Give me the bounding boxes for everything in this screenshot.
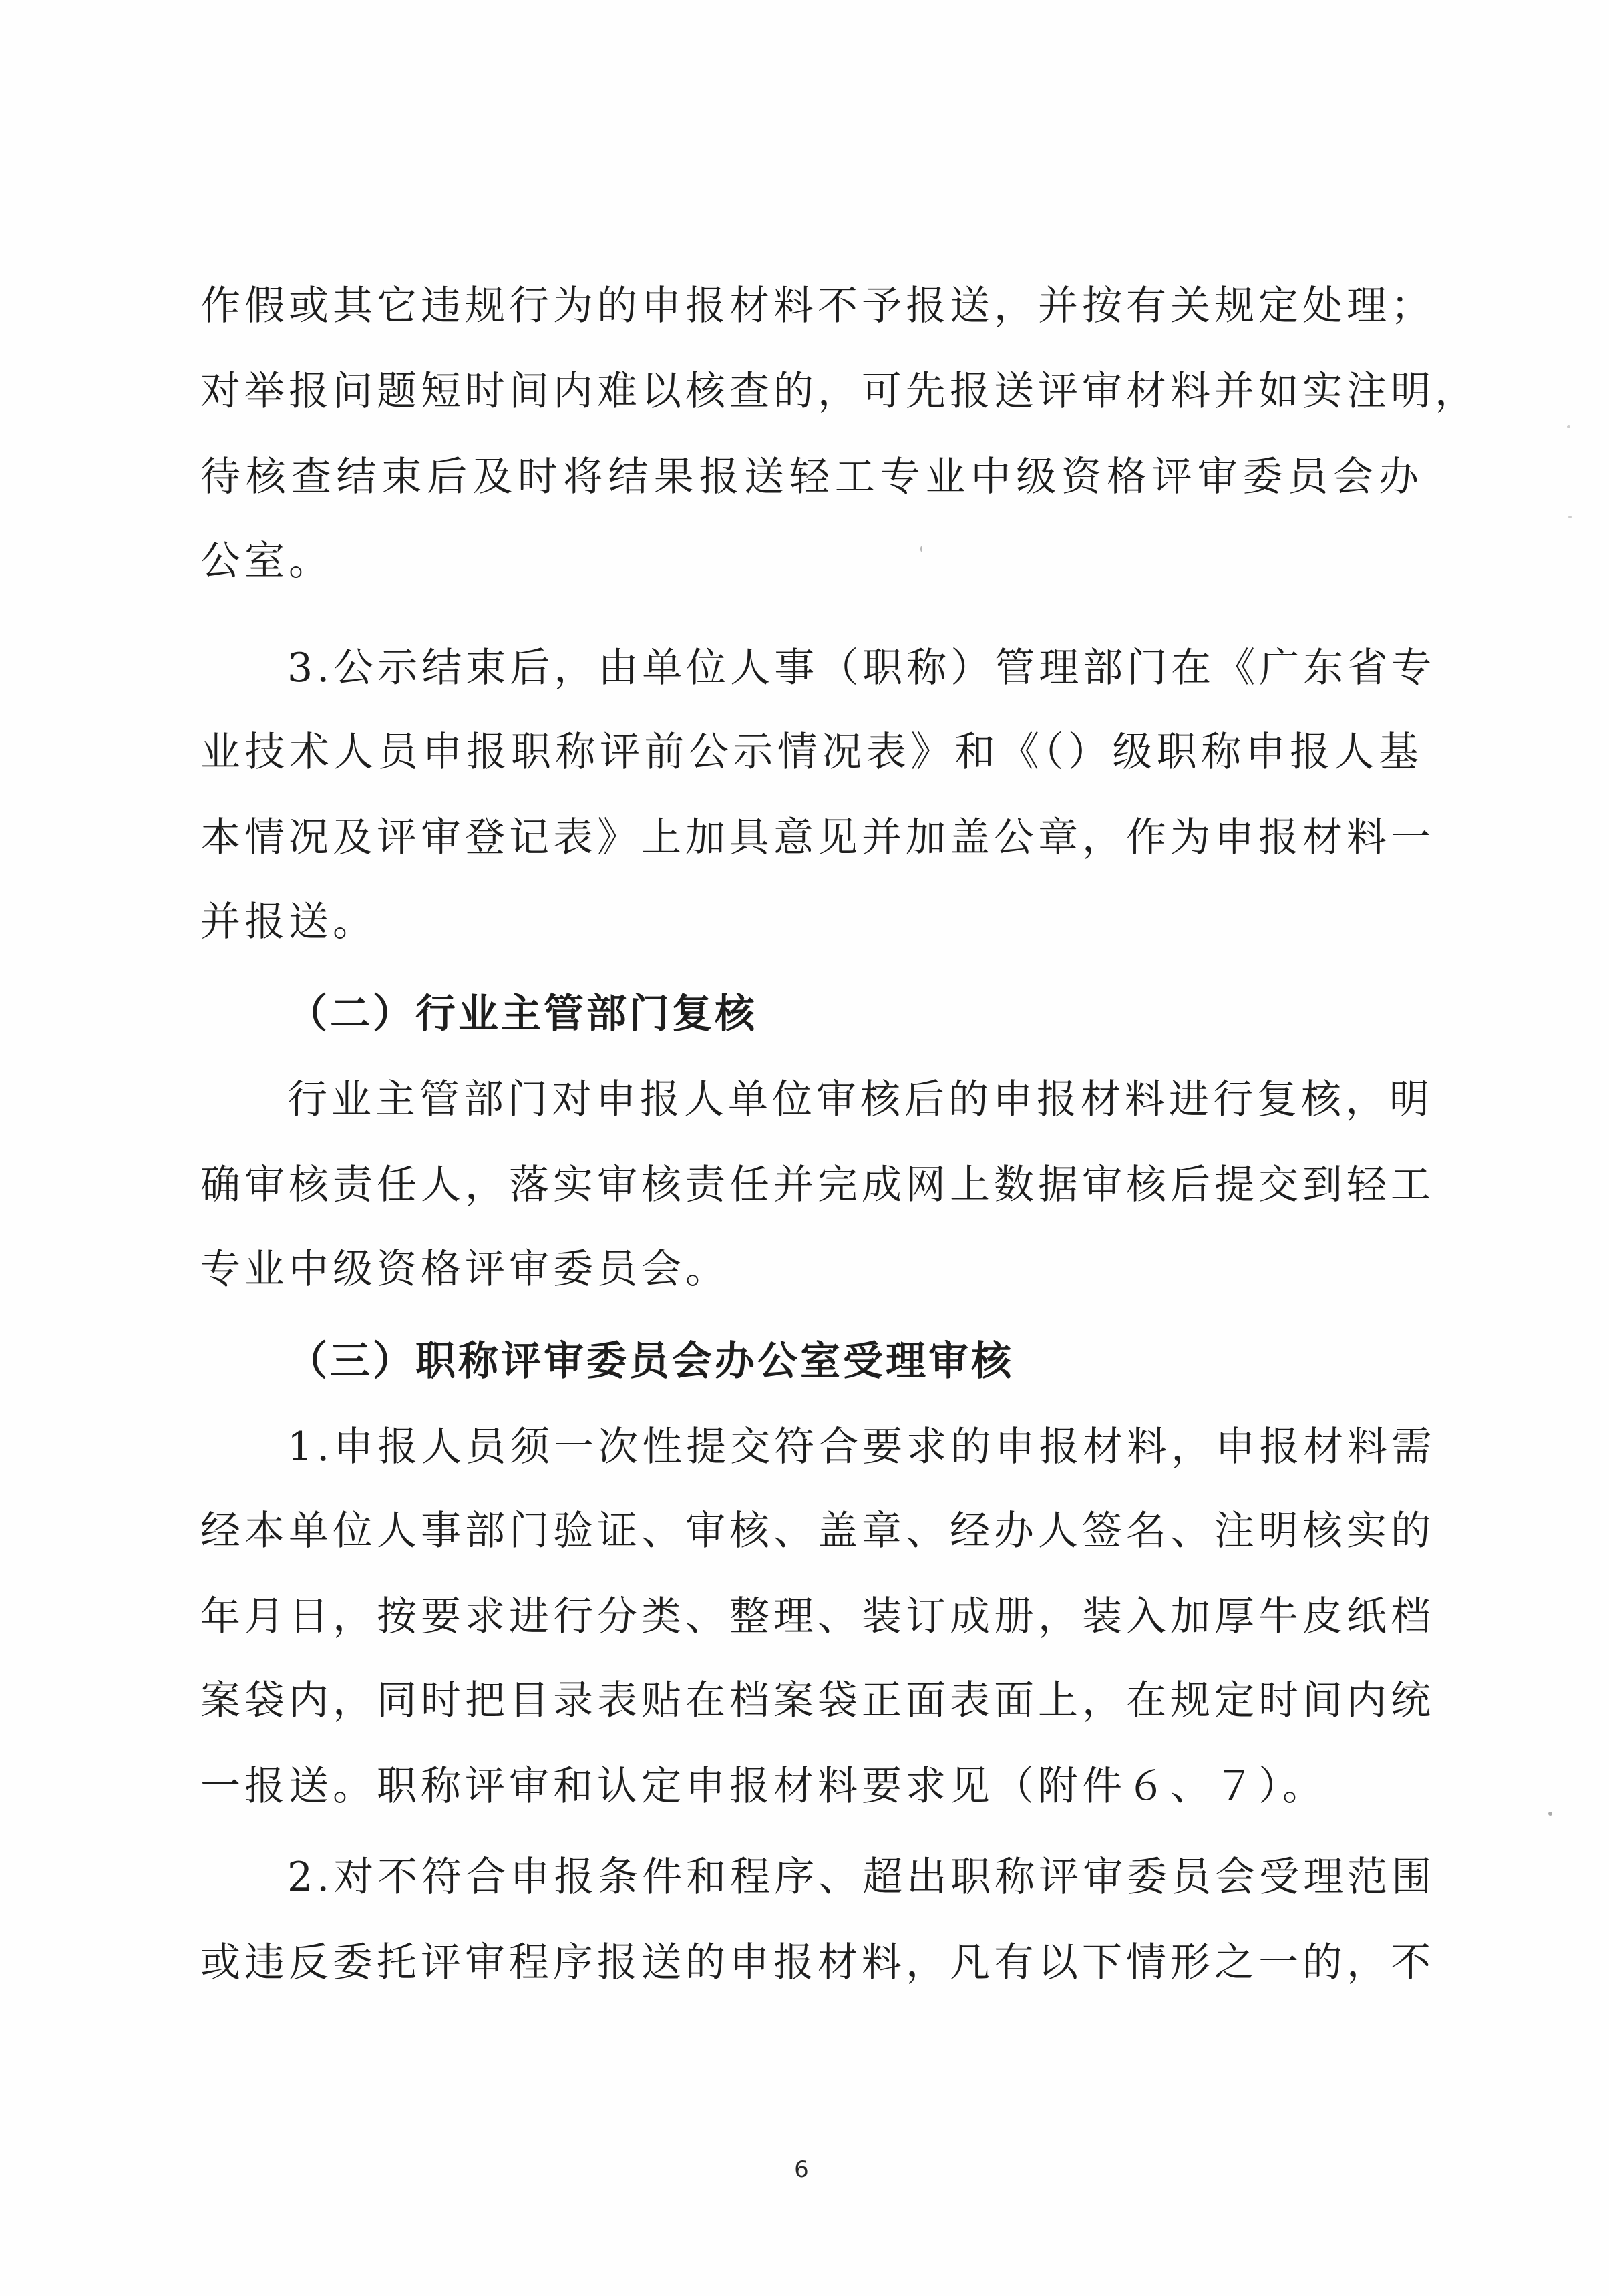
scan-speck	[920, 546, 922, 552]
paragraph-line: 作假或其它违规行为的申报材料不予报送，并按有关规定处理；	[200, 279, 1423, 333]
paragraph-line: 确审核责任人，落实审核责任并完成网上数据审核后提交到轻工	[200, 1158, 1423, 1212]
scan-speck	[1567, 425, 1570, 428]
paragraph-line: 本情况及评审登记表》上加具意见并加盖公章，作为申报材料一	[200, 811, 1423, 864]
paragraph-line: 1.申报人员须一次性提交符合要求的申报材料，申报材料需	[287, 1420, 1423, 1474]
paragraph-line: 对举报问题短时间内难以核查的，可先报送评审材料并如实注明，	[200, 365, 1423, 418]
paragraph-line: 并报送。	[200, 895, 1423, 949]
paragraph-line: 经本单位人事部门验证、审核、盖章、经办人签名、注明核实的	[200, 1504, 1423, 1558]
paragraph-line: 专业中级资格评审委员会。	[200, 1243, 1423, 1296]
paragraph-line: 业技术人员申报职称评前公示情况表》和《（）级职称申报人基	[200, 725, 1423, 779]
paragraph-line: 案袋内，同时把目录表贴在档案袋正面表面上，在规定时间内统	[200, 1674, 1423, 1728]
paragraph-line: 公室。	[200, 534, 1423, 588]
paragraph-line: 待核查结束后及时将结果报送轻工专业中级资格评审委员会办	[200, 450, 1423, 504]
paragraph-line: 年月日，按要求进行分类、整理、装订成册，装入加厚牛皮纸档	[200, 1590, 1423, 1643]
paragraph-line: 或违反委托评审程序报送的申报材料，凡有以下情形之一的，不	[200, 1936, 1423, 1989]
page-number: 6	[781, 2156, 822, 2183]
paragraph-line: 3.公示结束后，由单位人事（职称）管理部门在《广东省专	[287, 641, 1423, 695]
section-heading: （三）职称评审委员会办公室受理审核	[287, 1335, 1423, 1388]
paragraph-line: 2.对不符合申报条件和程序、超出职称评审委员会受理范围	[287, 1850, 1423, 1904]
scan-speck	[1568, 516, 1572, 518]
section-heading: （二）行业主管部门复核	[287, 987, 1423, 1041]
document-page: 作假或其它违规行为的申报材料不予报送，并按有关规定处理； 对举报问题短时间内难以…	[0, 0, 1609, 2296]
paragraph-line: 行业主管部门对申报人单位审核后的申报材料进行复核，明	[287, 1073, 1423, 1126]
paragraph-line: 一报送。职称评审和认定申报材料要求见（附件６、７）。	[200, 1760, 1423, 1813]
scan-speck	[1548, 1812, 1552, 1816]
